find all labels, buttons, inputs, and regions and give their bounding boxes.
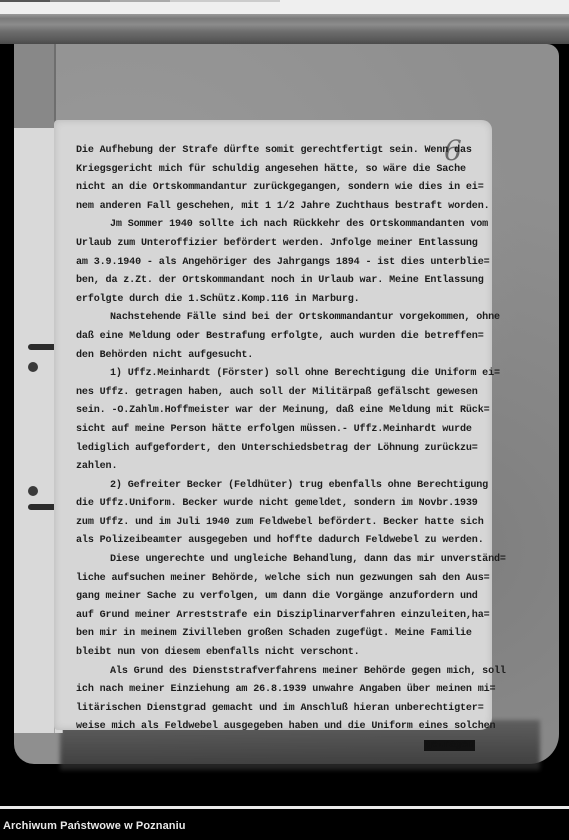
redacted-word: getragen xyxy=(424,740,475,751)
top-bar-segment xyxy=(170,0,280,2)
archive-label: Archiwum Państwowe w Poznaniu xyxy=(3,820,186,832)
text-line: sein. -O.Zahlm.Hoffmeister war der Meinu… xyxy=(76,402,481,421)
scanner-rod xyxy=(0,14,569,44)
text-line: litärischen Dienstgrad gemacht und im An… xyxy=(76,700,481,719)
viewer-top-bar xyxy=(0,0,569,14)
text-line: zum Uffz. und im Juli 1940 zum Feldwebel… xyxy=(76,514,481,533)
typewritten-text-body: Die Aufhebung der Strafe dürfte somit ge… xyxy=(76,142,481,756)
text-line: bleibt nun von diesem ebenfalls nicht ve… xyxy=(76,644,481,663)
text-line: sicht auf meine Person hätte erfolgen mü… xyxy=(76,421,481,440)
text-line-last: getragen xyxy=(76,737,481,756)
text-line: gang meiner Sache zu verfolgen, um dann … xyxy=(76,588,481,607)
text-line: ich nach meiner Einziehung am 26.8.1939 … xyxy=(76,681,481,700)
punch-hole-icon xyxy=(28,362,38,372)
folder-edge xyxy=(14,44,56,129)
top-bar-segment xyxy=(110,0,170,2)
text-line: Kriegsgericht mich für schuldig angesehe… xyxy=(76,161,481,180)
text-line: Jm Sommer 1940 sollte ich nach Rückkehr … xyxy=(76,216,481,235)
text-line: nicht an die Ortskommandantur zurückgega… xyxy=(76,179,481,198)
top-bar-segment xyxy=(0,0,50,2)
text-line: liche aufsuchen meiner Behörde, welche s… xyxy=(76,570,481,589)
text-line: nes Uffz. getragen haben, auch soll der … xyxy=(76,384,481,403)
text-line: 1) Uffz.Meinhardt (Förster) soll ohne Be… xyxy=(76,365,481,384)
text-line: 2) Gefreiter Becker (Feldhüter) trug ebe… xyxy=(76,477,481,496)
text-line: Die Aufhebung der Strafe dürfte somit ge… xyxy=(76,142,481,161)
text-line: nem anderen Fall geschehen, mit 1 1/2 Ja… xyxy=(76,198,481,217)
text-line: zahlen. xyxy=(76,458,481,477)
text-line: Diese ungerechte und ungleiche Behandlun… xyxy=(76,551,481,570)
text-line: weise mich als Feldwebel ausgegeben habe… xyxy=(76,718,481,737)
text-line: erfolgte durch die 1.Schütz.Komp.116 in … xyxy=(76,291,481,310)
text-line: Urlaub zum Unteroffizier befördert werde… xyxy=(76,235,481,254)
text-line: am 3.9.1940 - als Angehöriger des Jahrga… xyxy=(76,254,481,273)
text-line: ben, da z.Zt. der Ortskommandant noch in… xyxy=(76,272,481,291)
text-line: Als Grund des Dienststrafverfahrens mein… xyxy=(76,663,481,682)
footer-separator xyxy=(0,806,569,809)
text-line: als Polizeibeamter ausgegeben und hoffte… xyxy=(76,532,481,551)
top-bar-segment xyxy=(50,0,110,2)
text-line: lediglich aufgefordert, den Unterschieds… xyxy=(76,440,481,459)
text-line: auf Grund meiner Arreststrafe ein Diszip… xyxy=(76,607,481,626)
text-line: die Uffz.Uniform. Becker wurde nicht gem… xyxy=(76,495,481,514)
text-line: daß eine Meldung oder Bestrafung erfolgt… xyxy=(76,328,481,347)
text-line: Nachstehende Fälle sind bei der Ortskomm… xyxy=(76,309,481,328)
text-line: ben mir in meinem Zivilleben großen Scha… xyxy=(76,625,481,644)
text-line: den Behörden nicht aufgesucht. xyxy=(76,347,481,366)
punch-hole-icon xyxy=(28,486,38,496)
